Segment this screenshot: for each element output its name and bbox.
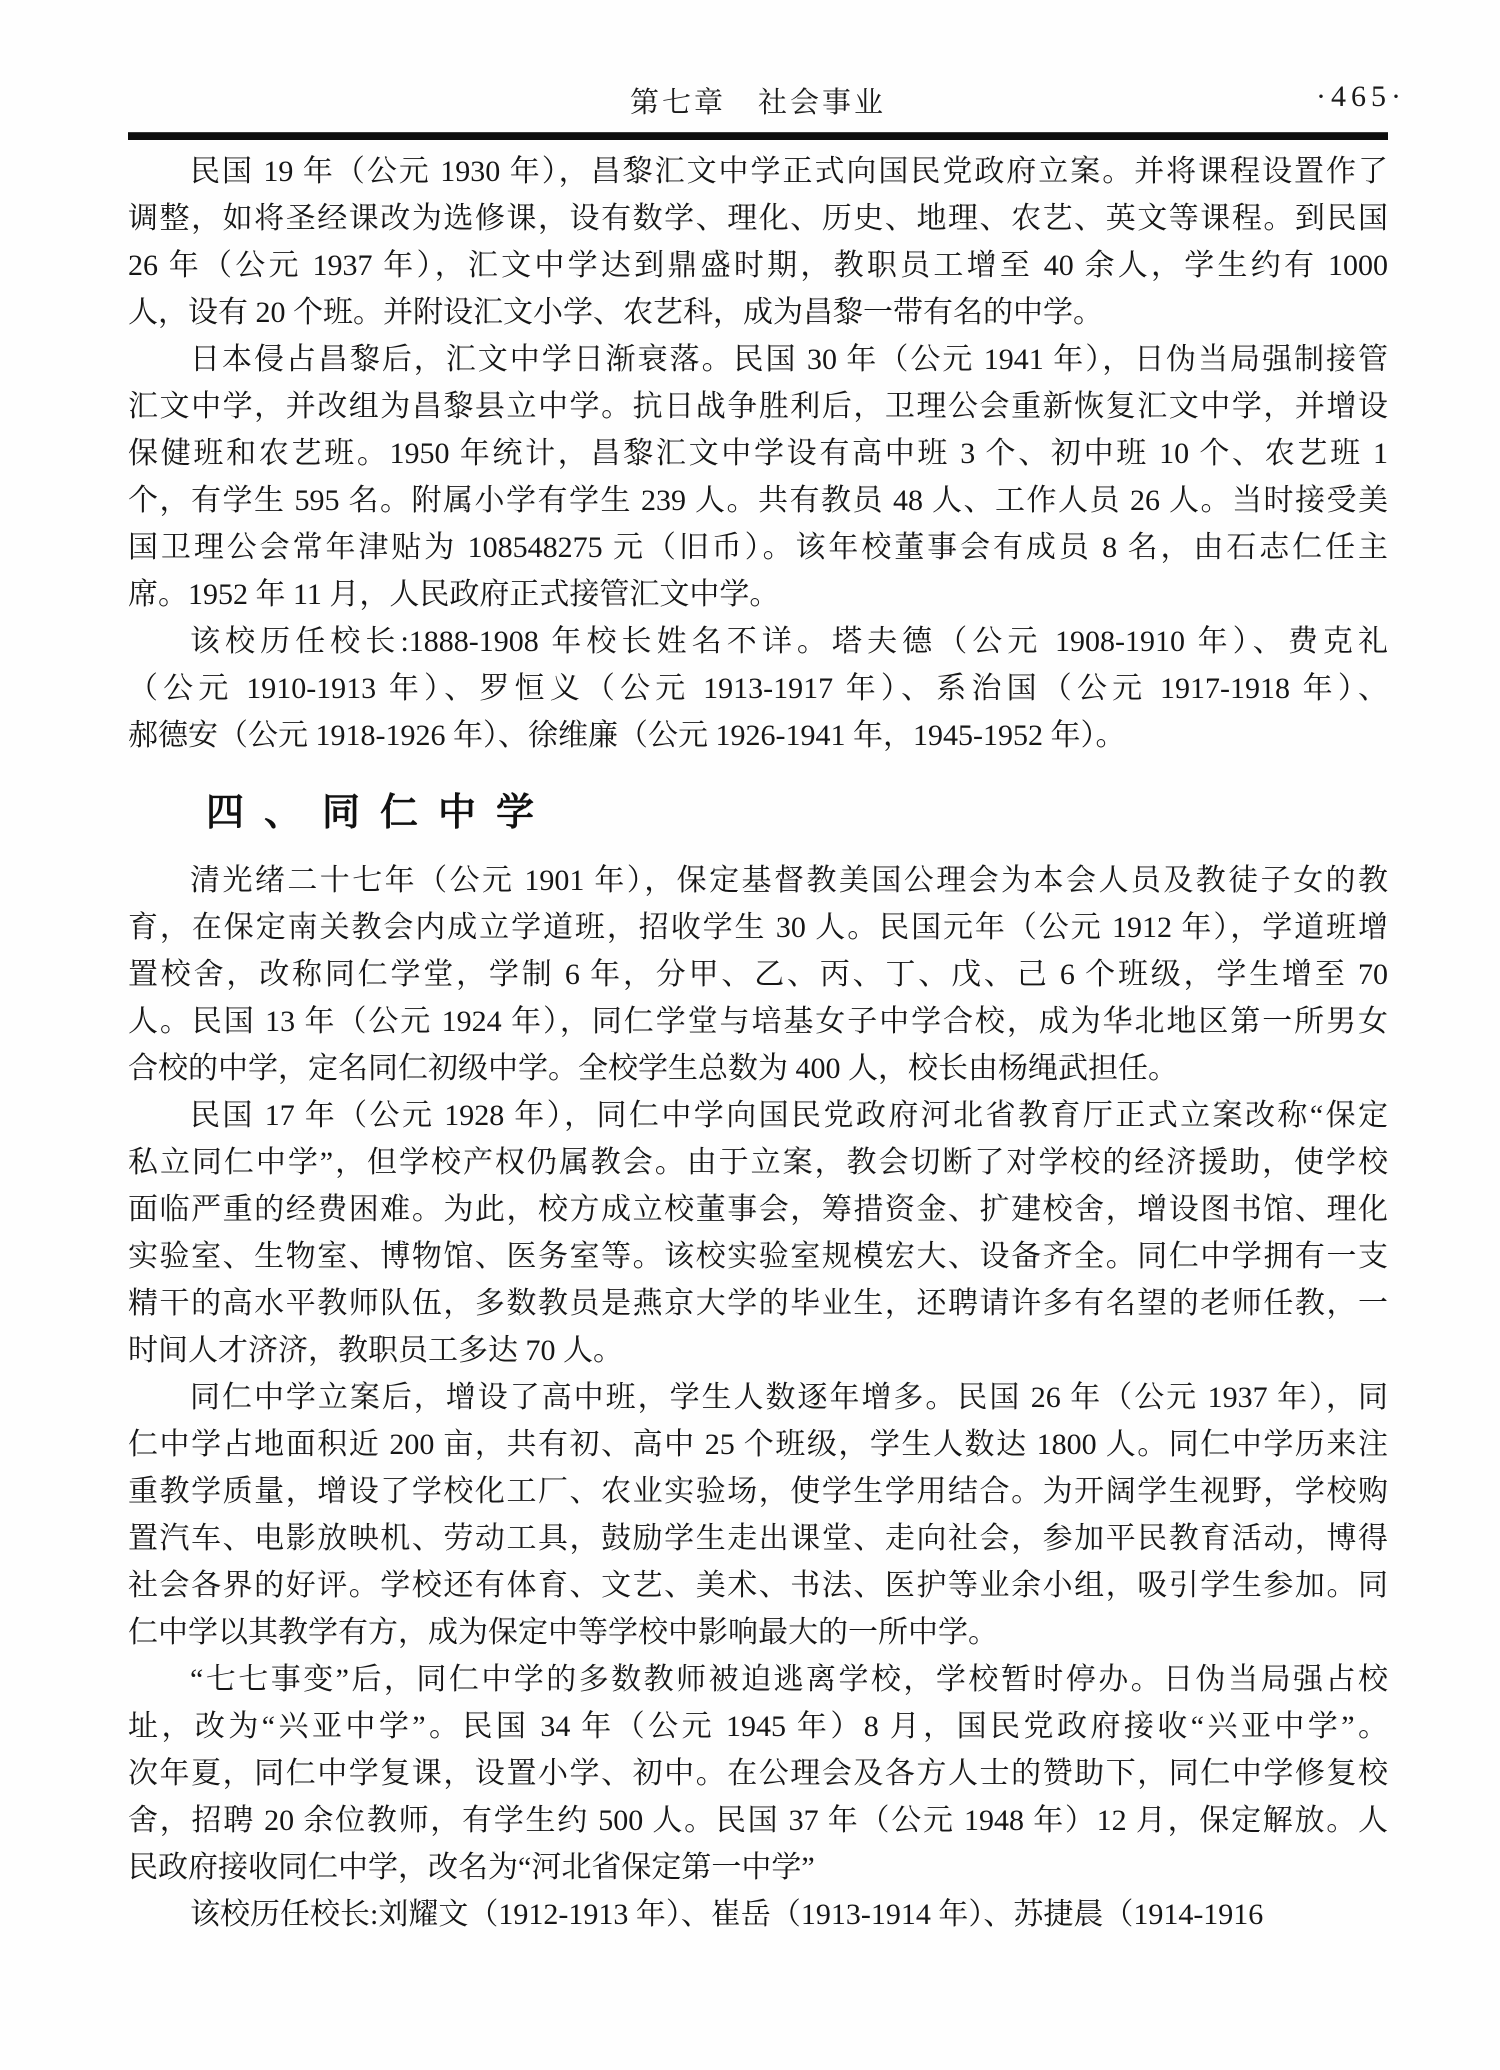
section-heading: 四、同仁中学 xyxy=(128,785,1388,841)
text-line: 席。1952 年 11 月，人民政府正式接管汇文中学。 xyxy=(128,571,1388,618)
text-line: 该校历任校长:刘耀文（1912-1913 年）、崔岳（1913-1914 年）、… xyxy=(128,1891,1388,1938)
text-line: 舍，招聘 20 余位教师，有学生约 500 人。民国 37 年（公元 1948 … xyxy=(128,1797,1388,1844)
text-line: 郝德安（公元 1918-1926 年）、徐维廉（公元 1926-1941 年，1… xyxy=(128,712,1388,759)
text-line: 仁中学以其教学有方，成为保定中等学校中影响最大的一所中学。 xyxy=(128,1609,1388,1656)
text-line: 保健班和农艺班。1950 年统计，昌黎汇文中学设有高中班 3 个、初中班 10 … xyxy=(128,430,1388,477)
text-line: 次年夏，同仁中学复课，设置小学、初中。在公理会及各方人士的赞助下，同仁中学修复校 xyxy=(128,1750,1388,1797)
text-line: 时间人才济济，教职员工多达 70 人。 xyxy=(128,1327,1388,1374)
text-line: 置汽车、电影放映机、劳动工具，鼓励学生走出课堂、走向社会，参加平民教育活动，博得 xyxy=(128,1515,1388,1562)
text-line: 民政府接收同仁中学，改名为“河北省保定第一中学” xyxy=(128,1844,1388,1891)
text-line: 址，改为“兴亚中学”。民国 34 年（公元 1945 年）8 月，国民党政府接收… xyxy=(128,1703,1388,1750)
text-line: 26 年（公元 1937 年），汇文中学达到鼎盛时期，教职员工增至 40 余人，… xyxy=(128,242,1388,289)
text-line: 民国 19 年（公元 1930 年），昌黎汇文中学正式向国民党政府立案。并将课程… xyxy=(128,148,1388,195)
text-line: 国卫理公会常年津贴为 108548275 元（旧币）。该年校董事会有成员 8 名… xyxy=(128,524,1388,571)
text-line: （公元 1910-1913 年）、罗恒义（公元 1913-1917 年）、系治国… xyxy=(128,665,1388,712)
text-line: 该校历任校长:1888-1908 年校长姓名不详。塔夫德（公元 1908-191… xyxy=(128,618,1388,665)
text-line: 个，有学生 595 名。附属小学有学生 239 人。共有教员 48 人、工作人员… xyxy=(128,477,1388,524)
page-number: ·465· xyxy=(1316,80,1406,114)
text-line: 民国 17 年（公元 1928 年），同仁中学向国民党政府河北省教育厅正式立案改… xyxy=(128,1092,1388,1139)
text-line: 清光绪二十七年（公元 1901 年），保定基督教美国公理会为本会人员及教徒子女的… xyxy=(128,857,1388,904)
text-line: “七七事变”后，同仁中学的多数教师被迫逃离学校，学校暂时停办。日伪当局强占校 xyxy=(128,1656,1388,1703)
page-header: 第七章 社会事业 ·465· xyxy=(128,0,1388,118)
text-line: 同仁中学立案后，增设了高中班，学生人数逐年增多。民国 26 年（公元 1937 … xyxy=(128,1374,1388,1421)
text-line: 日本侵占昌黎后，汇文中学日渐衰落。民国 30 年（公元 1941 年），日伪当局… xyxy=(128,336,1388,383)
text-line: 育，在保定南关教会内成立学道班，招收学生 30 人。民国元年（公元 1912 年… xyxy=(128,904,1388,951)
text-line: 重教学质量，增设了学校化工厂、农业实验场，使学生学用结合。为开阔学生视野，学校购 xyxy=(128,1468,1388,1515)
text-line: 汇文中学，并改组为昌黎县立中学。抗日战争胜利后，卫理公会重新恢复汇文中学，并增设 xyxy=(128,383,1388,430)
text-line: 精干的高水平教师队伍，多数教员是燕京大学的毕业生，还聘请许多有名望的老师任教，一 xyxy=(128,1280,1388,1327)
text-line: 私立同仁中学”，但学校产权仍属教会。由于立案，教会切断了对学校的经济援助，使学校 xyxy=(128,1139,1388,1186)
text-line: 人，设有 20 个班。并附设汇文小学、农艺科，成为昌黎一带有名的中学。 xyxy=(128,289,1388,336)
text-line: 面临严重的经费困难。为此，校方成立校董事会，筹措资金、扩建校舍，增设图书馆、理化 xyxy=(128,1186,1388,1233)
text-line: 社会各界的好评。学校还有体育、文艺、美术、书法、医护等业余小组，吸引学生参加。同 xyxy=(128,1562,1388,1609)
text-line: 人。民国 13 年（公元 1924 年），同仁学堂与培基女子中学合校，成为华北地… xyxy=(128,998,1388,1045)
document-page: 第七章 社会事业 ·465· 民国 19 年（公元 1930 年），昌黎汇文中学… xyxy=(0,0,1500,2070)
text-line: 合校的中学，定名同仁初级中学。全校学生总数为 400 人，校长由杨绳武担任。 xyxy=(128,1045,1388,1092)
text-line: 调整，如将圣经课改为选修课，设有数学、理化、历史、地理、农艺、英文等课程。到民国 xyxy=(128,195,1388,242)
text-line: 实验室、生物室、博物馆、医务室等。该校实验室规模宏大、设备齐全。同仁中学拥有一支 xyxy=(128,1233,1388,1280)
text-line: 置校舍，改称同仁学堂，学制 6 年，分甲、乙、丙、丁、戊、己 6 个班级，学生增… xyxy=(128,951,1388,998)
document-body: 民国 19 年（公元 1930 年），昌黎汇文中学正式向国民党政府立案。并将课程… xyxy=(128,148,1388,1938)
text-line: 仁中学占地面积近 200 亩，共有初、高中 25 个班级，学生人数达 1800 … xyxy=(128,1421,1388,1468)
chapter-title: 第七章 社会事业 xyxy=(630,80,886,121)
header-rule xyxy=(128,132,1388,140)
